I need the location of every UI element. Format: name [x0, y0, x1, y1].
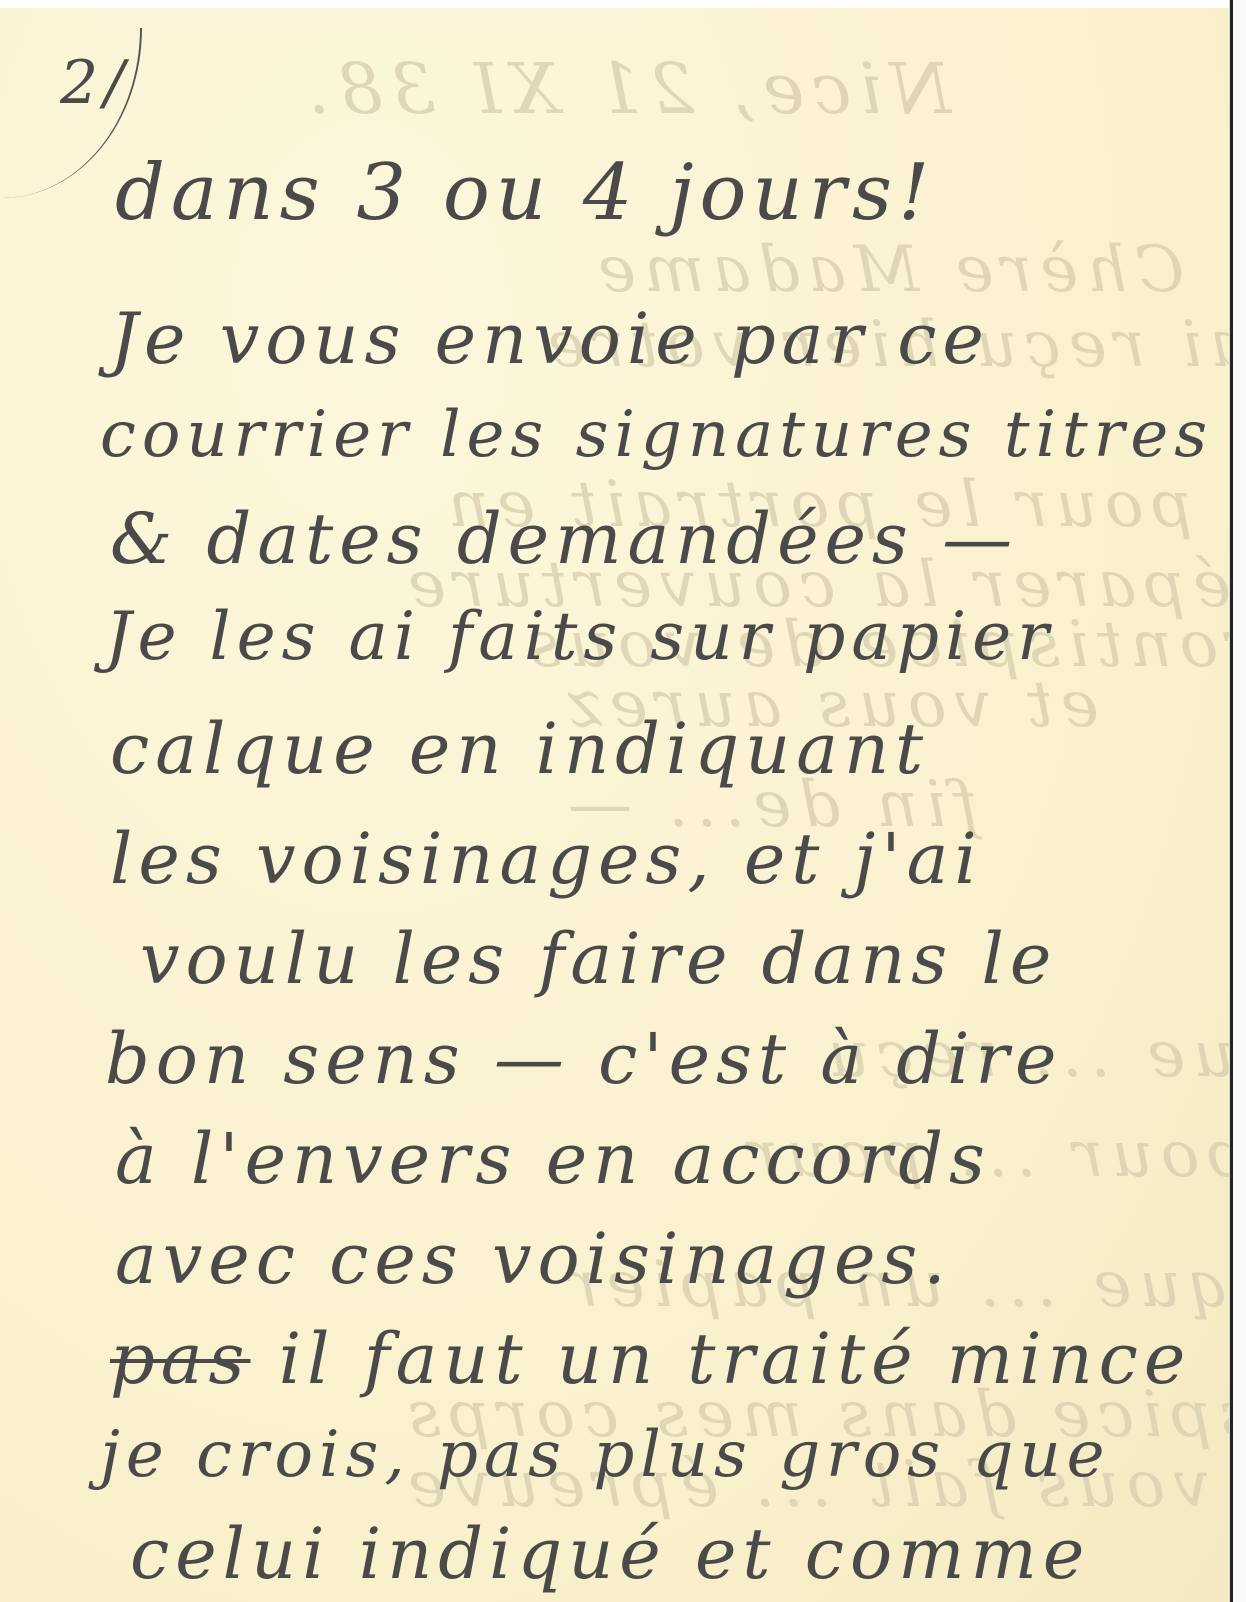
bleed-through-text: Chère Madame	[590, 233, 1184, 307]
bleed-through-text: Nice, 21 XI 38.	[300, 48, 951, 130]
text-line: avec ces voisinages.	[115, 1218, 952, 1300]
text-line: celui indiqué et comme	[130, 1513, 1090, 1595]
text-line: voulu les faire dans le	[140, 918, 1057, 1000]
text-line: & dates demandées —	[110, 498, 1018, 580]
text-line: je crois, pas plus gros que	[100, 1418, 1111, 1492]
text-line: à l'envers en accords	[115, 1118, 991, 1200]
text-line: bon sens — c'est à dire	[105, 1018, 1062, 1100]
scan-edge	[1229, 0, 1246, 1602]
text-line: calque en indiquant	[110, 708, 929, 790]
letter-page: Nice, 21 XI 38. Chère Madame j'ai reçu h…	[0, 8, 1230, 1602]
text-line: dans 3 ou 4 jours!	[115, 148, 935, 238]
text-line: Je les ai faits sur papier	[105, 598, 1055, 675]
struck-word: pas	[110, 1318, 250, 1400]
text-line: Je vous envoie par ce	[110, 298, 990, 380]
text-line: courrier les signatures titres	[100, 398, 1213, 472]
text-line-with-strike: pas il faut un traité mince	[110, 1318, 1191, 1400]
text-line: il faut un traité mince	[279, 1318, 1192, 1400]
page-number: 2/	[60, 48, 130, 118]
text-line: les voisinages, et j'ai	[110, 818, 983, 900]
